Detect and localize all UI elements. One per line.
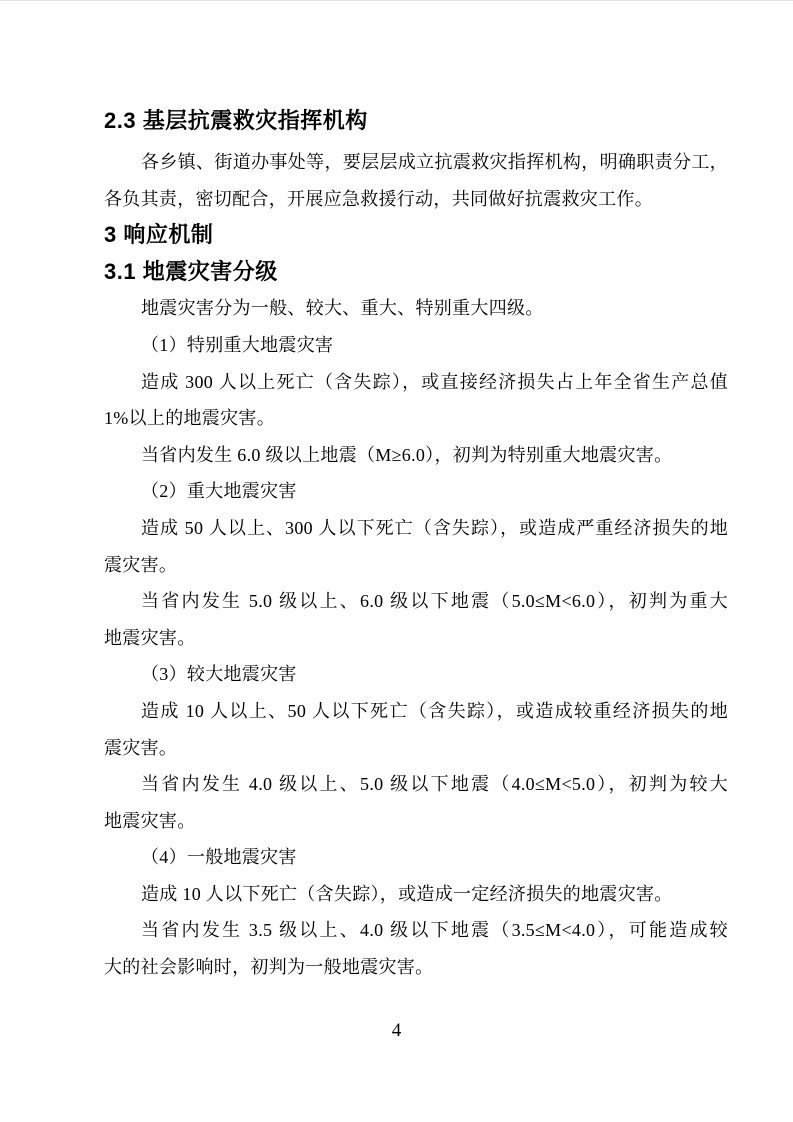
document-body: 2.3 基层抗震救灾指挥机构各乡镇、街道办事处等，要层层成立抗震救灾指挥机构，明…: [104, 97, 728, 986]
paragraph-line: 大的社会影响时，初判为一般地震灾害。: [104, 949, 728, 986]
paragraph-line: 当省内发生 4.0 级以上、5.0 级以下地震（4.0≤M<5.0），初判为较大: [104, 766, 728, 803]
paragraph-line: （3）较大地震灾害: [104, 656, 728, 693]
paragraph-line: 地震灾害。: [104, 803, 728, 840]
paragraph-line: 当省内发生 3.5 级以上、4.0 级以下地震（3.5≤M<4.0），可能造成较: [104, 912, 728, 949]
paragraph-line: 造成 10 人以下死亡（含失踪），或造成一定经济损失的地震灾害。: [104, 876, 728, 913]
document-page: 2.3 基层抗震救灾指挥机构各乡镇、街道办事处等，要层层成立抗震救灾指挥机构，明…: [0, 0, 793, 1122]
paragraph-line: 各乡镇、街道办事处等，要层层成立抗震救灾指挥机构，明确职责分工，: [104, 144, 728, 181]
paragraph-line: 震灾害。: [104, 547, 728, 584]
paragraph-line: （1）特别重大地震灾害: [104, 327, 728, 364]
paragraph-line: 造成 50 人以上、300 人以下死亡（含失踪），或造成严重经济损失的地: [104, 510, 728, 547]
paragraph-line: 造成 10 人以上、50 人以下死亡（含失踪），或造成较重经济损失的地: [104, 693, 728, 730]
heading-level-2: 2.3 基层抗震救灾指挥机构: [104, 97, 728, 144]
paragraph-line: 1%以上的地震灾害。: [104, 400, 728, 437]
paragraph-line: 当省内发生 6.0 级以上地震（M≥6.0），初判为特别重大地震灾害。: [104, 437, 728, 474]
paragraph-line: 当省内发生 5.0 级以上、6.0 级以下地震（5.0≤M<6.0），初判为重大: [104, 583, 728, 620]
page-number: 4: [0, 1013, 793, 1050]
paragraph-line: 震灾害。: [104, 730, 728, 767]
heading-level-1: 3 响应机制: [104, 217, 728, 254]
paragraph-line: 各负其责，密切配合，开展应急救援行动，共同做好抗震救灾工作。: [104, 181, 728, 218]
paragraph-line: 地震灾害。: [104, 620, 728, 657]
paragraph-line: （2）重大地震灾害: [104, 473, 728, 510]
paragraph-line: 造成 300 人以上死亡（含失踪），或直接经济损失占上年全省生产总值: [104, 364, 728, 401]
heading-level-2: 3.1 地震灾害分级: [104, 254, 728, 291]
paragraph-line: （4）一般地震灾害: [104, 839, 728, 876]
paragraph-line: 地震灾害分为一般、较大、重大、特别重大四级。: [104, 290, 728, 327]
